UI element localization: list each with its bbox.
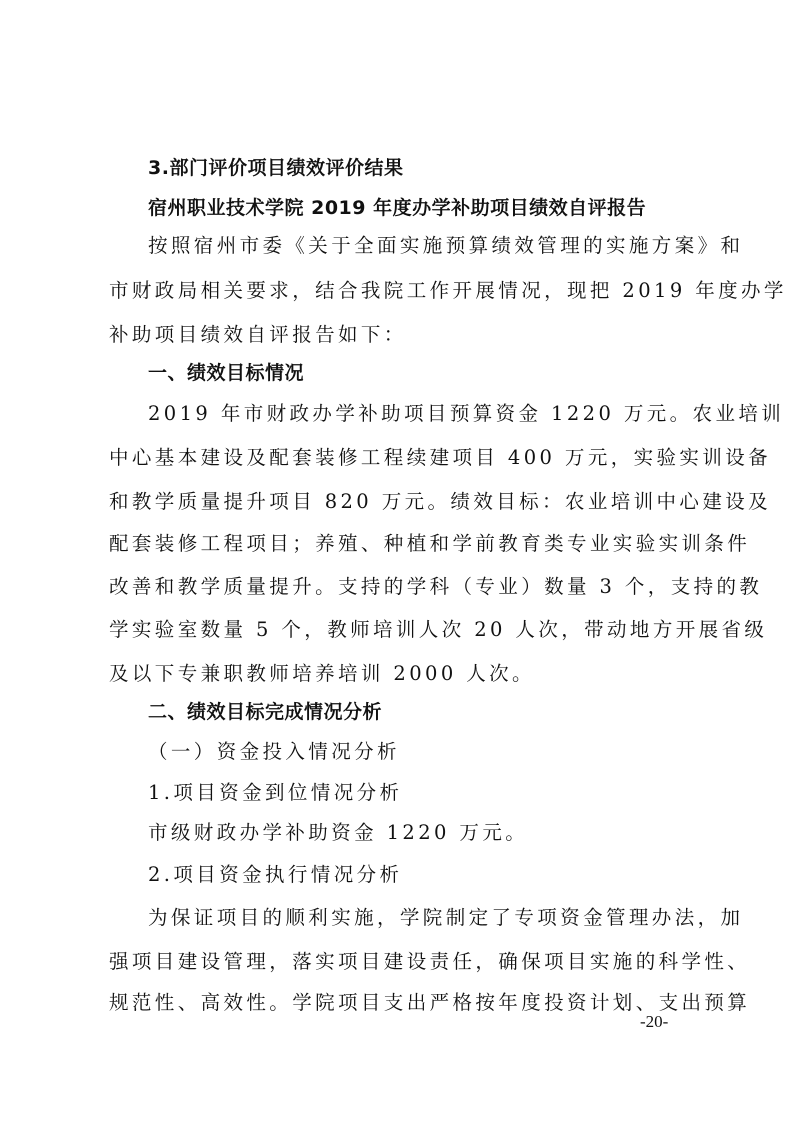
goal-line: 2019 年市财政办学补助项目预算资金 1220 万元。农业培训	[148, 402, 784, 426]
report-title: 宿州职业技术学院 2019 年度办学补助项目绩效自评报告	[148, 196, 646, 220]
intro-line: 按照宿州市委《关于全面实施预算绩效管理的实施方案》和	[148, 234, 743, 258]
item-funding-arrival-text: 市级财政办学补助资金 1220 万元。	[148, 821, 528, 845]
heading-goals: 一、绩效目标情况	[148, 361, 304, 385]
page-number: -20-	[640, 1012, 668, 1032]
goal-line: 及以下专兼职教师培养培训 2000 人次。	[109, 662, 535, 686]
goal-line: 和教学质量提升项目 820 万元。绩效目标：农业培训中心建设及	[109, 490, 771, 514]
goal-line: 中心基本建设及配套装修工程续建项目 400 万元，实验实训设备	[109, 446, 771, 470]
goal-line: 改善和教学质量提升。支持的学科（专业）数量 3 个，支持的教	[109, 575, 762, 599]
exec-line: 强项目建设管理，落实项目建设责任，确保项目实施的科学性、	[109, 950, 750, 974]
heading-completion: 二、绩效目标完成情况分析	[148, 700, 382, 724]
intro-line: 市财政局相关要求，结合我院工作开展情况，现把 2019 年度办学	[109, 279, 787, 303]
item-funding-arrival: 1.项目资金到位情况分析	[148, 781, 402, 805]
goal-line: 配套装修工程项目；养殖、种植和学前教育类专业实验实训条件	[109, 532, 750, 556]
sub-heading-funding: （一）资金投入情况分析	[148, 740, 400, 764]
section-heading: 3.部门评价项目绩效评价结果	[148, 156, 403, 180]
exec-line: 为保证项目的顺利实施，学院制定了专项资金管理办法，加	[148, 906, 743, 930]
item-funding-execution: 2.项目资金执行情况分析	[148, 863, 402, 887]
goal-line: 学实验室数量 5 个，教师培训人次 20 人次，带动地方开展省级	[109, 618, 767, 642]
intro-line: 补助项目绩效自评报告如下：	[109, 323, 407, 347]
